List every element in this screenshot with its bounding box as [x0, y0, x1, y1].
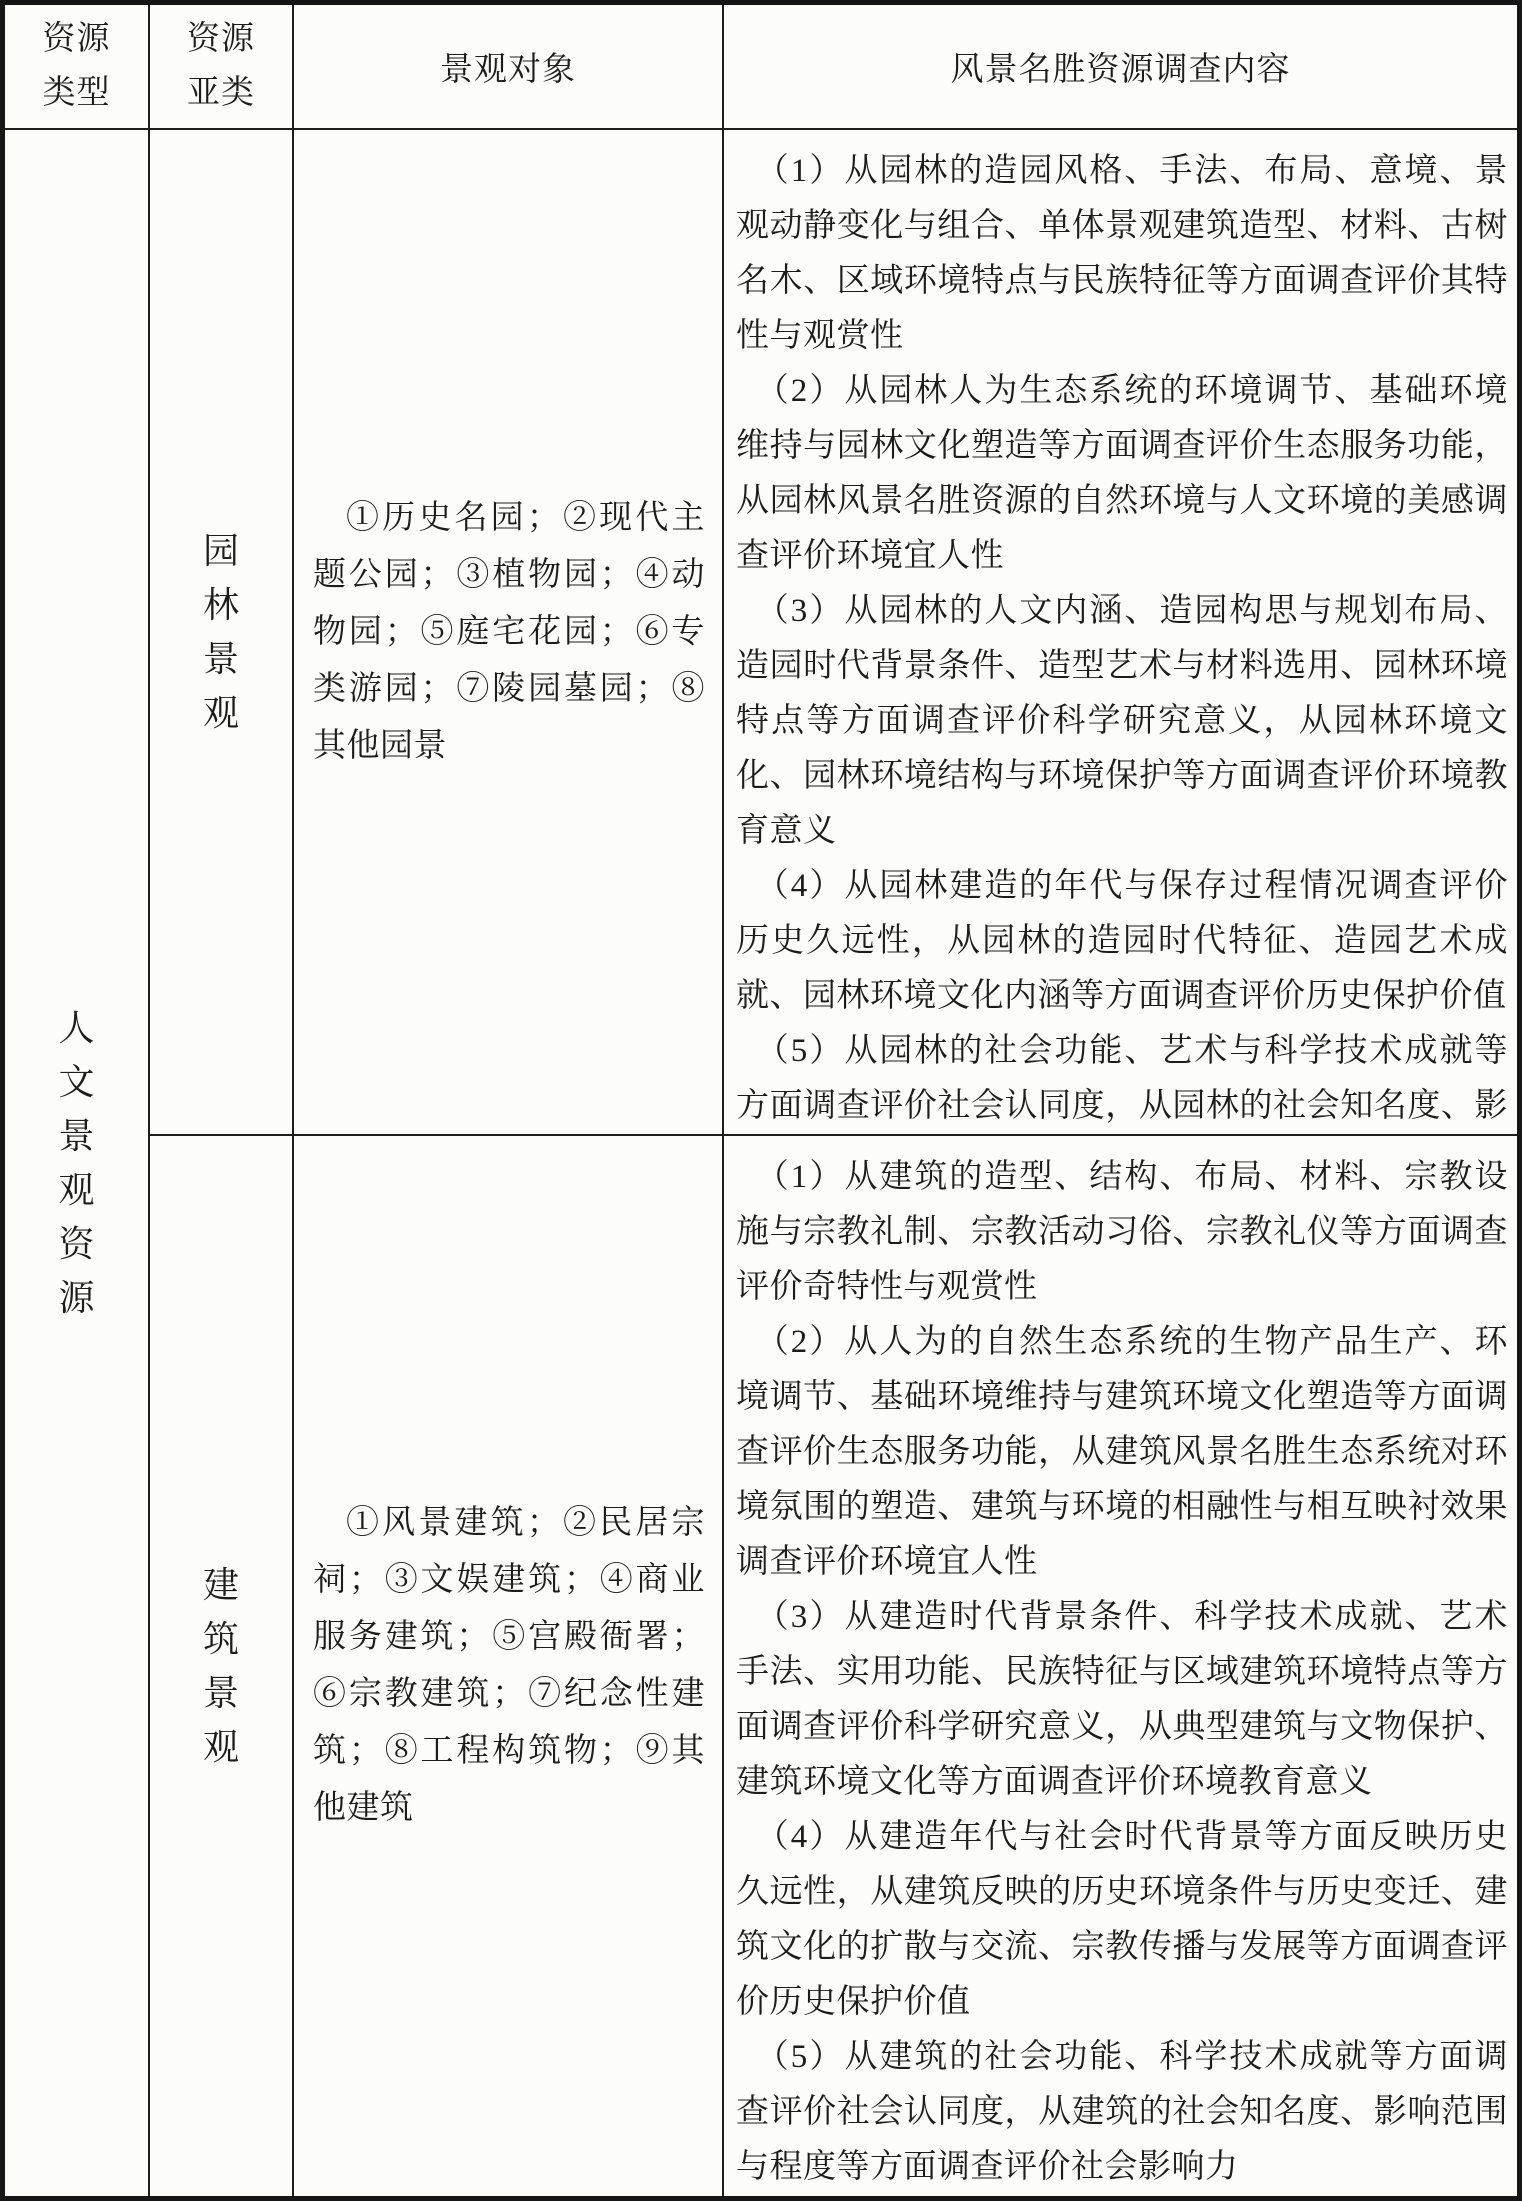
survey-architecture-paragraph-3: （3）从建造时代背景条件、科学技术成就、艺术手法、实用功能、民族特征与区域建筑环… — [736, 1590, 1508, 1810]
cell-survey-garden: （1）从园林的造园风格、手法、布局、意境、景观动静变化与组合、单体景观建筑造型、… — [724, 130, 1517, 1136]
cell-subtype-garden: 园林景观 — [150, 130, 294, 1136]
cell-objects-garden: ①历史名园；②现代主题公园；③植物园；④动物园；⑤庭宅花园；⑥专类游园；⑦陵园墓… — [294, 130, 724, 1136]
scanned-document-page: 资源类型 资源亚类 景观对象 风景名胜资源调查内容 人文景观资源 园林景观 ①历… — [0, 0, 1522, 2201]
header-resource-subtype-label: 资源亚类 — [182, 13, 260, 120]
cell-survey-architecture: （1）从建筑的造型、结构、布局、材料、宗教设施与宗教礼制、宗教活动习俗、宗教礼仪… — [724, 1136, 1517, 2196]
survey-garden-paragraph-1: （1）从园林的造园风格、手法、布局、意境、景观动静变化与组合、单体景观建筑造型、… — [736, 144, 1508, 364]
survey-garden-paragraph-5: （5）从园林的社会功能、艺术与科学技术成就等方面调查评价社会认同度，从园林的社会… — [736, 1024, 1508, 1136]
survey-architecture-paragraph-4: （4）从建造年代与社会时代背景等方面反映历史久远性，从建筑反映的历史环境条件与历… — [736, 1810, 1508, 2030]
cell-objects-architecture: ①风景建筑；②民居宗祠；③文娱建筑；④商业服务建筑；⑤宫殿衙署；⑥宗教建筑；⑦纪… — [294, 1136, 724, 2196]
survey-architecture-paragraph-1: （1）从建筑的造型、结构、布局、材料、宗教设施与宗教礼制、宗教活动习俗、宗教礼仪… — [736, 1150, 1508, 1315]
header-survey-content: 风景名胜资源调查内容 — [724, 5, 1517, 130]
header-resource-type-label: 资源类型 — [38, 13, 116, 120]
subtype-garden-vertical-label: 园林景观 — [199, 524, 242, 740]
header-survey-content-label: 风景名胜资源调查内容 — [951, 43, 1291, 90]
header-resource-type: 资源类型 — [5, 5, 150, 130]
header-landscape-object: 景观对象 — [294, 5, 724, 130]
survey-architecture-paragraph-5: （5）从建筑的社会功能、科学技术成就等方面调查评价社会认同度，从建筑的社会知名度… — [736, 2030, 1508, 2195]
objects-architecture-text: ①风景建筑；②民居宗祠；③文娱建筑；④商业服务建筑；⑤宫殿衙署；⑥宗教建筑；⑦纪… — [294, 1495, 722, 1837]
scenic-resource-survey-table: 资源类型 资源亚类 景观对象 风景名胜资源调查内容 人文景观资源 园林景观 ①历… — [0, 0, 1522, 2201]
header-resource-subtype: 资源亚类 — [150, 5, 294, 130]
objects-garden-text: ①历史名园；②现代主题公园；③植物园；④动物园；⑤庭宅花园；⑥专类游园；⑦陵园墓… — [294, 490, 722, 775]
resource-type-vertical-label: 人文景观资源 — [55, 1001, 98, 1325]
survey-garden-paragraph-4: （4）从园林建造的年代与保存过程情况调查评价历史久远性，从园林的造园时代特征、造… — [736, 859, 1508, 1024]
survey-garden-paragraph-3: （3）从园林的人文内涵、造园构思与规划布局、造园时代背景条件、造型艺术与材料选用… — [736, 584, 1508, 859]
header-landscape-object-label: 景观对象 — [440, 43, 576, 90]
subtype-architecture-vertical-label: 建筑景观 — [199, 1558, 242, 1774]
survey-garden-paragraph-2: （2）从园林人为生态系统的环境调节、基础环境维持与园林文化塑造等方面调查评价生态… — [736, 364, 1508, 584]
cell-resource-type: 人文景观资源 — [5, 130, 150, 2196]
survey-architecture-paragraph-2: （2）从人为的自然生态系统的生物产品生产、环境调节、基础环境维持与建筑环境文化塑… — [736, 1315, 1508, 1590]
cell-subtype-architecture: 建筑景观 — [150, 1136, 294, 2196]
